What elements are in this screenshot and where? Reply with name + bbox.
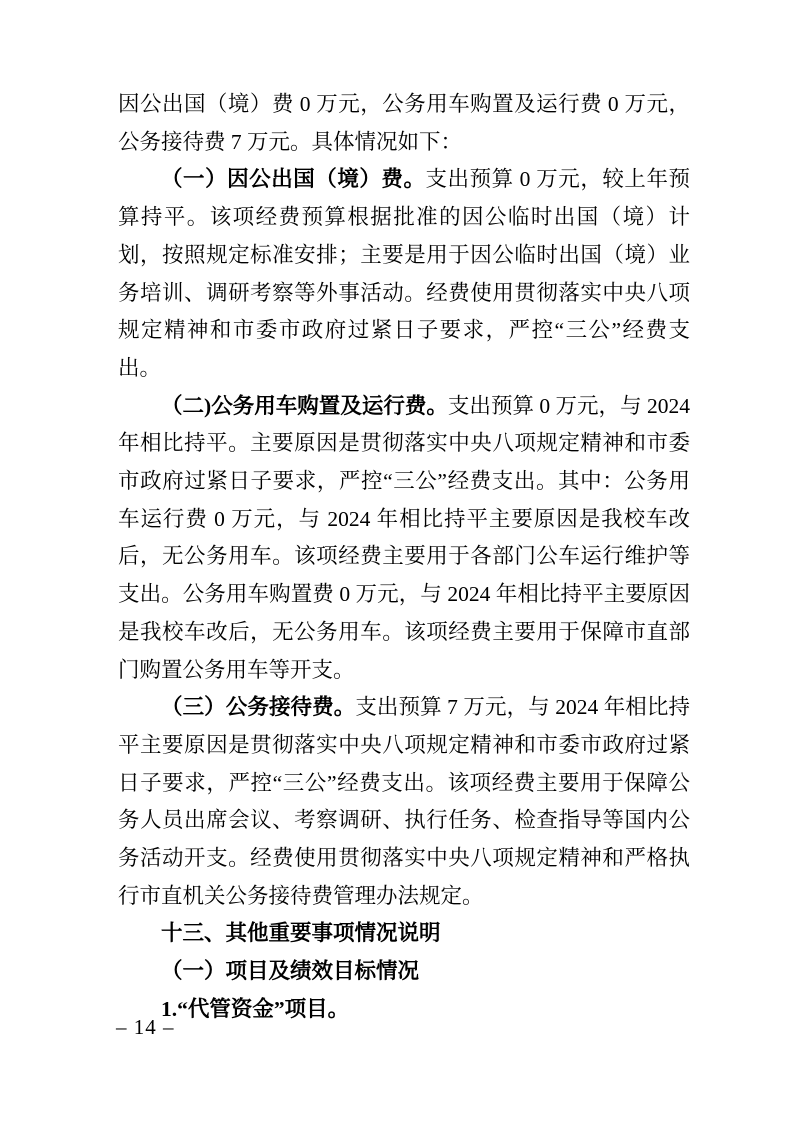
paragraph-vehicle-fee-body: 支出预算 0 万元，与 2024 年相比持平。主要原因是贯彻落实中央八项规定精神…: [118, 394, 690, 682]
paragraph-vehicle-fee-lead: （二)公务用车购置及运行费。: [161, 394, 448, 418]
paragraph-reception-fee-lead: （三）公务接待费。: [161, 695, 355, 719]
paragraph-vehicle-fee: （二)公务用车购置及运行费。支出预算 0 万元，与 2024 年相比持平。主要原…: [118, 388, 690, 690]
paragraph-abroad-fee: （一）因公出国（境）费。支出预算 0 万元，较上年预算持平。该项经费预算根据批准…: [118, 161, 690, 387]
paragraph-reception-fee: （三）公务接待费。支出预算 7 万元，与 2024 年相比持平主要原因是贯彻落实…: [118, 689, 690, 915]
paragraph-abroad-fee-lead: （一）因公出国（境）费。: [161, 167, 426, 191]
document-page: 因公出国（境）费 0 万元，公务用车购置及运行费 0 万元，公务接待费 7 万元…: [0, 0, 793, 1122]
heading-project-performance-goals: （一）项目及绩效目标情况: [118, 953, 690, 991]
page-content: 因公出国（境）费 0 万元，公务用车购置及运行费 0 万元，公务接待费 7 万元…: [118, 86, 690, 1029]
paragraph-three-public-overview: 因公出国（境）费 0 万元，公务用车购置及运行费 0 万元，公务接待费 7 万元…: [118, 86, 690, 161]
page-number: – 14 –: [116, 1013, 175, 1041]
paragraph-abroad-fee-body: 支出预算 0 万元，较上年预算持平。该项经费预算根据批准的因公临时出国（境）计划…: [118, 167, 690, 380]
heading-managed-funds-project: 1.“代管资金”项目。: [118, 991, 690, 1029]
paragraph-reception-fee-body: 支出预算 7 万元，与 2024 年相比持平主要原因是贯彻落实中央八项规定精神和…: [118, 695, 690, 908]
heading-section-thirteen: 十三、其他重要事项情况说明: [118, 915, 690, 953]
